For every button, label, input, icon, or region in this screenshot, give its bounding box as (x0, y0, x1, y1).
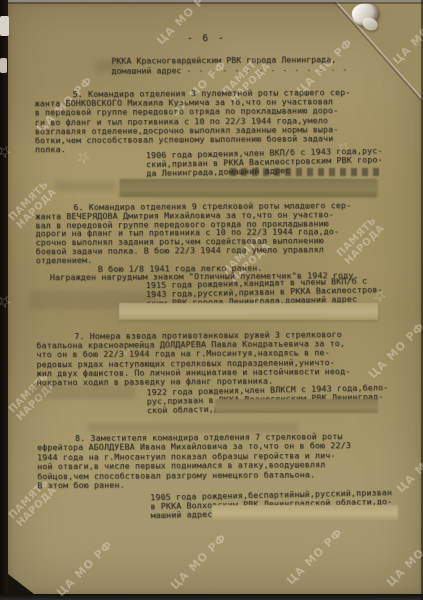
blank-dash-line: - - - - - - - - - - - - - - (186, 64, 348, 75)
redacted-address-strip (119, 303, 378, 320)
header-block: РККА Красногвардейским РВК города Ленинг… (111, 54, 411, 76)
redacted-address-strip (120, 179, 377, 196)
text-line: домашний адрес - - - - - - - - - - - - -… (111, 64, 411, 76)
text-line: домашний адрес (111, 65, 186, 76)
address-dash-line (230, 168, 380, 176)
page-number: - 6 - (166, 33, 246, 45)
paragraph-7-lines: 7. Номера взвода противотанковых ружей 3… (36, 330, 396, 388)
paragraph-5-lines: 5. Командира отделения 3 пулеметной роты… (35, 88, 395, 155)
paragraph-6-lines: 6. Командира отделения 9 стрелковой роты… (35, 201, 396, 283)
paragraph-8-lines: 8. Заместителя командира отделения 7 стр… (37, 432, 397, 491)
redacted-address-strip (215, 399, 378, 413)
redacted-address-strip (212, 505, 398, 520)
document-scan: ЦА МО РФ ЦА МО РФ ЦА МО РФ ЦА МО РФ ЦА М… (0, 0, 423, 600)
